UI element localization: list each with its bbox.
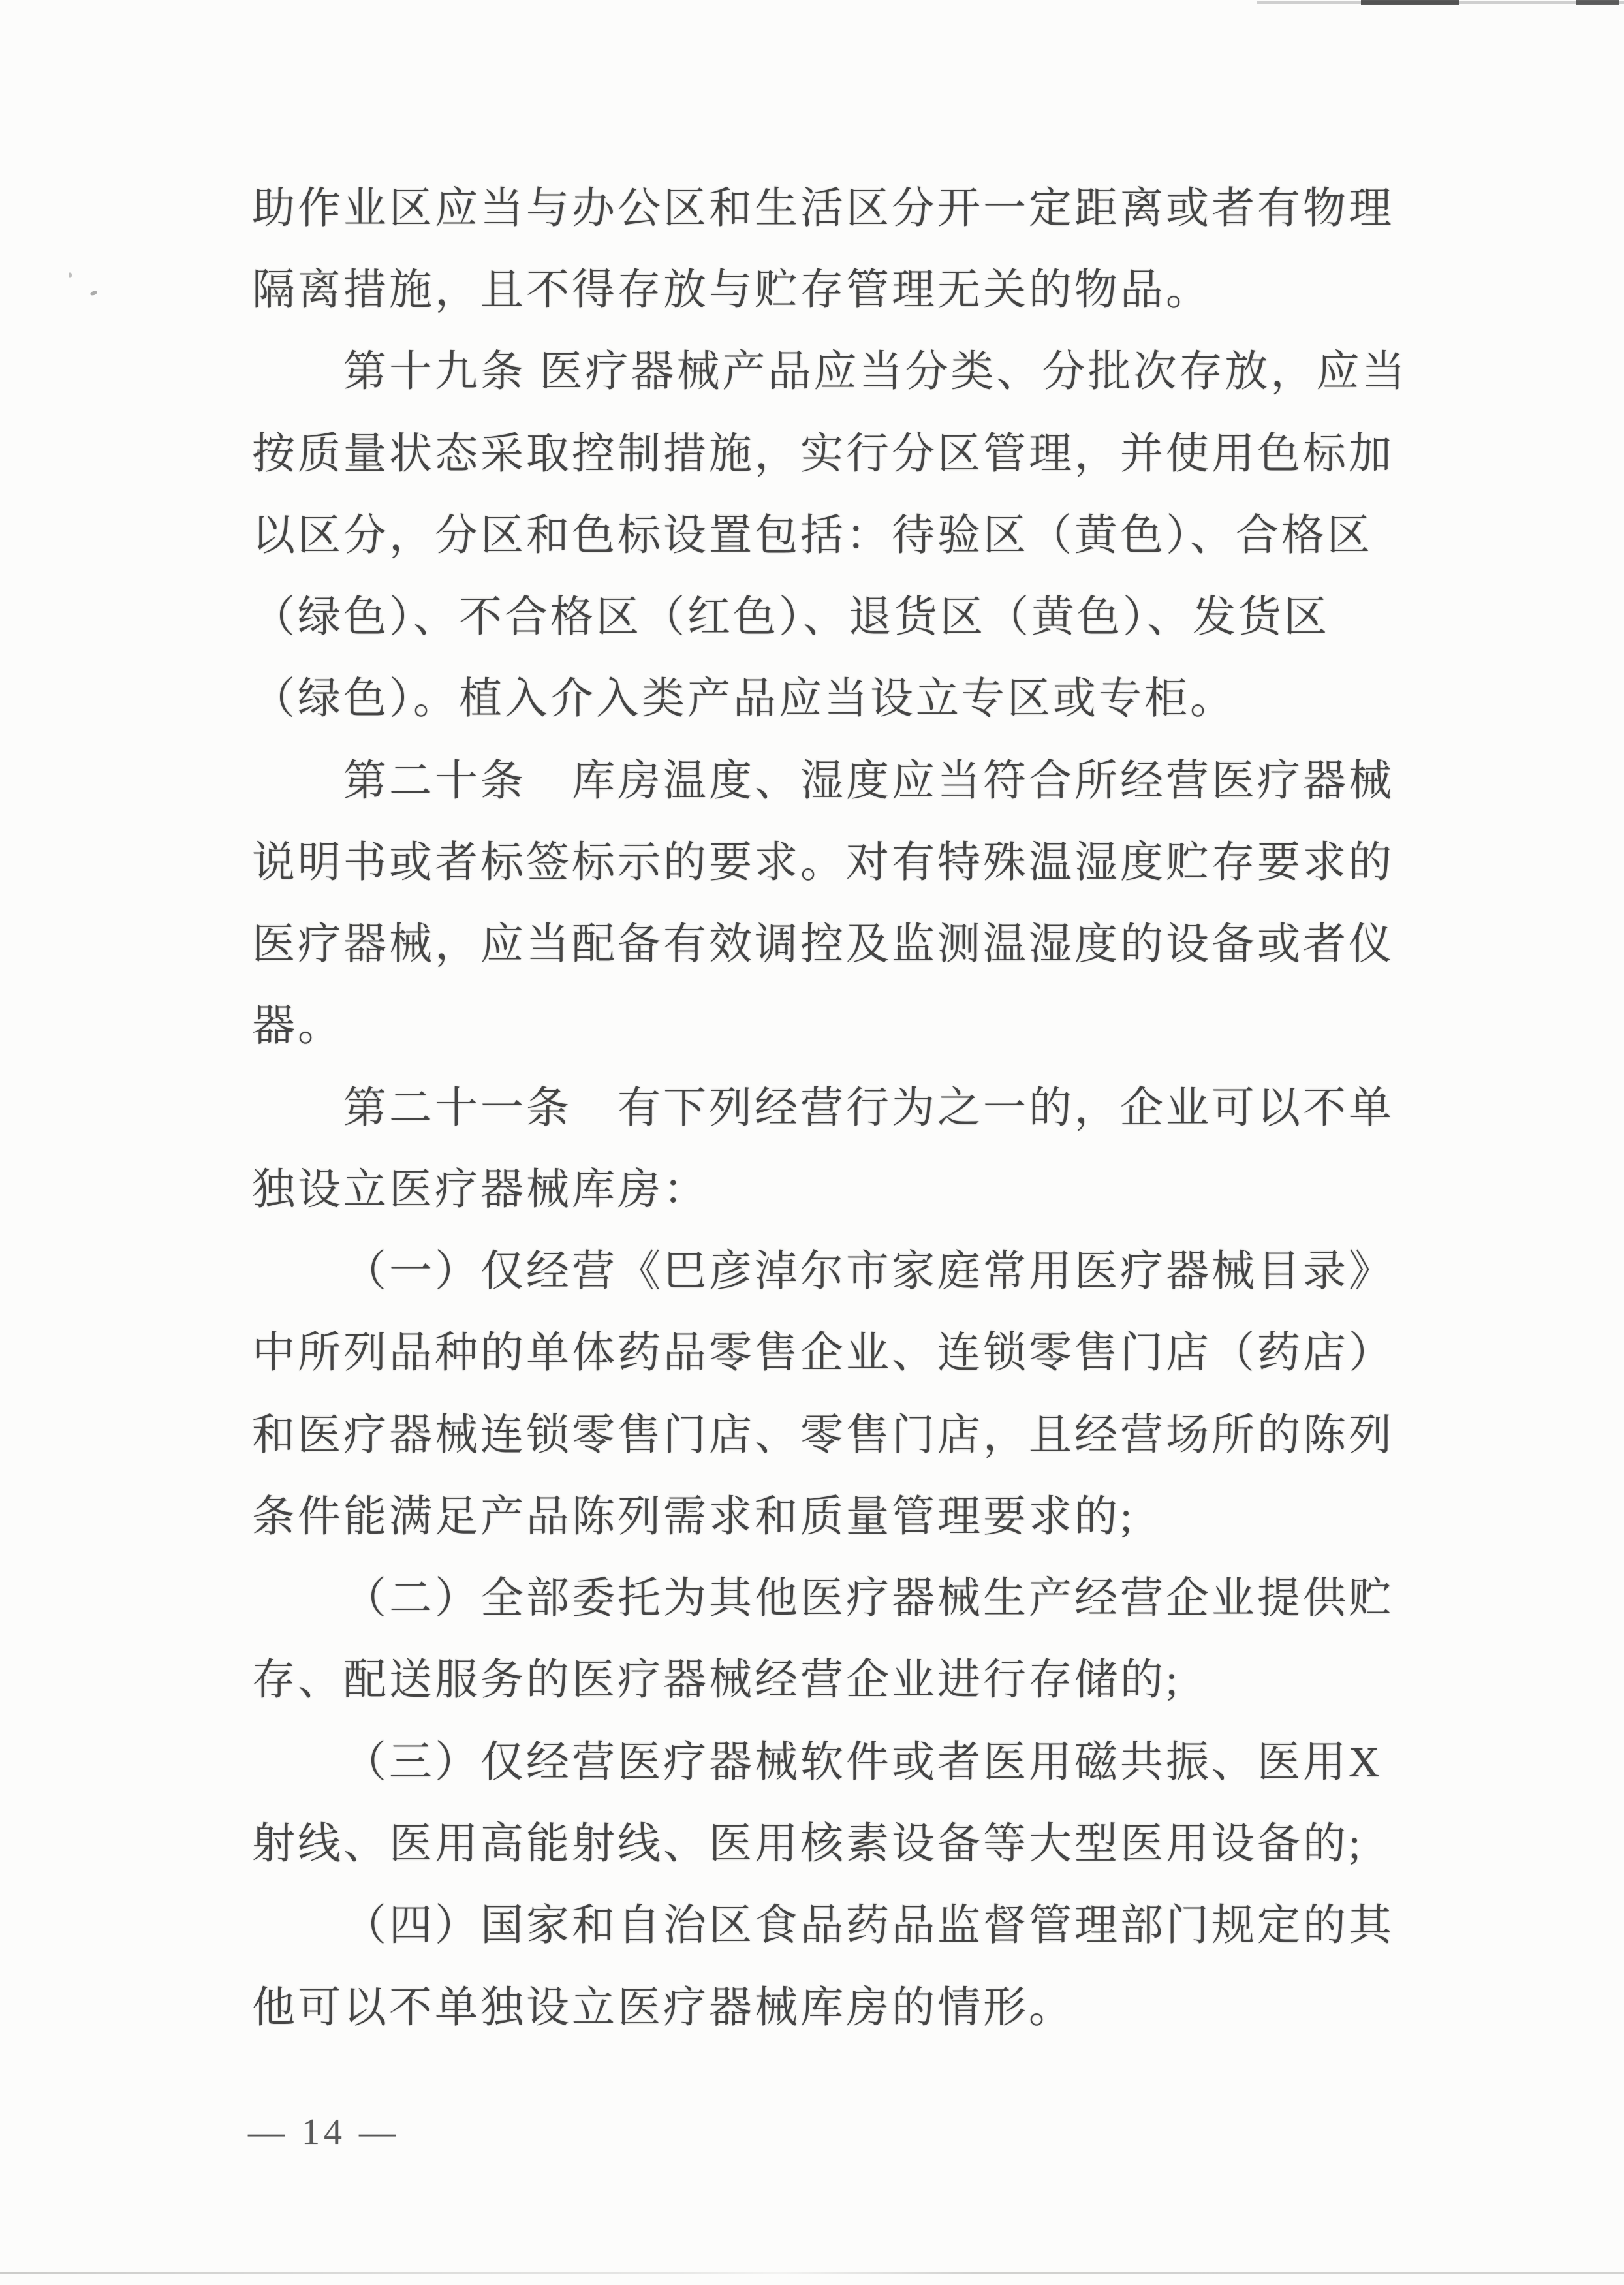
text-line-item-4: （四）国家和自治区食品药品监督管理部门规定的其 <box>343 1904 1394 1947</box>
text-line: 他可以不单独设立医疗器械库房的情形。 <box>252 1987 1074 2030</box>
text-line: 中所列品种的单体药品零售企业、连锁零售门店（药店） <box>252 1332 1394 1375</box>
scan-speck <box>89 290 97 296</box>
text-line: 按质量状态采取控制措施，实行分区管理，并使用色标加 <box>252 433 1394 476</box>
text-line: 射线、医用高能射线、医用核素设备等大型医用设备的; <box>252 1823 1363 1866</box>
text-line-item-2: （二）全部委托为其他医疗器械生产经营企业提供贮 <box>343 1577 1394 1620</box>
text-line: 说明书或者标签标示的要求。对有特殊温湿度贮存要求的 <box>252 842 1394 885</box>
text-line-item-3: （三）仅经营医疗器械软件或者医用磁共振、医用X <box>343 1741 1382 1784</box>
scan-speck <box>69 272 72 278</box>
scan-artifact-top-streak <box>1361 0 1459 5</box>
text-line-article-19: 第十九条 医疗器械产品应当分类、分批次存放，应当 <box>343 351 1408 394</box>
text-line: 和医疗器械连锁零售门店、零售门店，且经营场所的陈列 <box>252 1414 1394 1457</box>
text-line: 条件能满足产品陈列需求和质量管理要求的; <box>252 1496 1134 1539</box>
text-line-article-21: 第二十一条 有下列经营行为之一的，企业可以不单 <box>343 1087 1394 1130</box>
text-line: 隔离措施，且不得存放与贮存管理无关的物品。 <box>252 269 1211 312</box>
text-line: （绿色）、不合格区（红色）、退货区（黄色）、发货区 <box>252 596 1330 639</box>
text-line: 存、配送服务的医疗器械经营企业进行存储的; <box>252 1659 1180 1702</box>
text-line: 器。 <box>252 1005 343 1048</box>
text-line-item-1: （一）仅经营《巴彦淖尔市家庭常用医疗器械目录》 <box>343 1250 1394 1293</box>
text-line-article-20: 第二十条 库房温度、湿度应当符合所经营医疗器械 <box>343 760 1394 803</box>
text-line: 助作业区应当与办公区和生活区分开一定距离或者有物理 <box>252 187 1394 230</box>
text-line: 独设立医疗器械库房： <box>252 1169 709 1212</box>
scan-artifact-bottom-line <box>0 2272 1624 2274</box>
text-line: （绿色）。植入介入类产品应当设立专区或专柜。 <box>252 678 1236 721</box>
text-line: 以区分，分区和色标设置包括：待验区（黄色）、合格区 <box>252 514 1373 558</box>
scan-artifact-top-streak <box>1576 0 1619 5</box>
document-page: 助作业区应当与办公区和生活区分开一定距离或者有物理 隔离措施，且不得存放与贮存管… <box>0 0 1624 2285</box>
text-line: 医疗器械，应当配备有效调控及监测温湿度的设备或者仪 <box>252 923 1394 966</box>
page-number: — 14 — <box>248 2114 399 2151</box>
